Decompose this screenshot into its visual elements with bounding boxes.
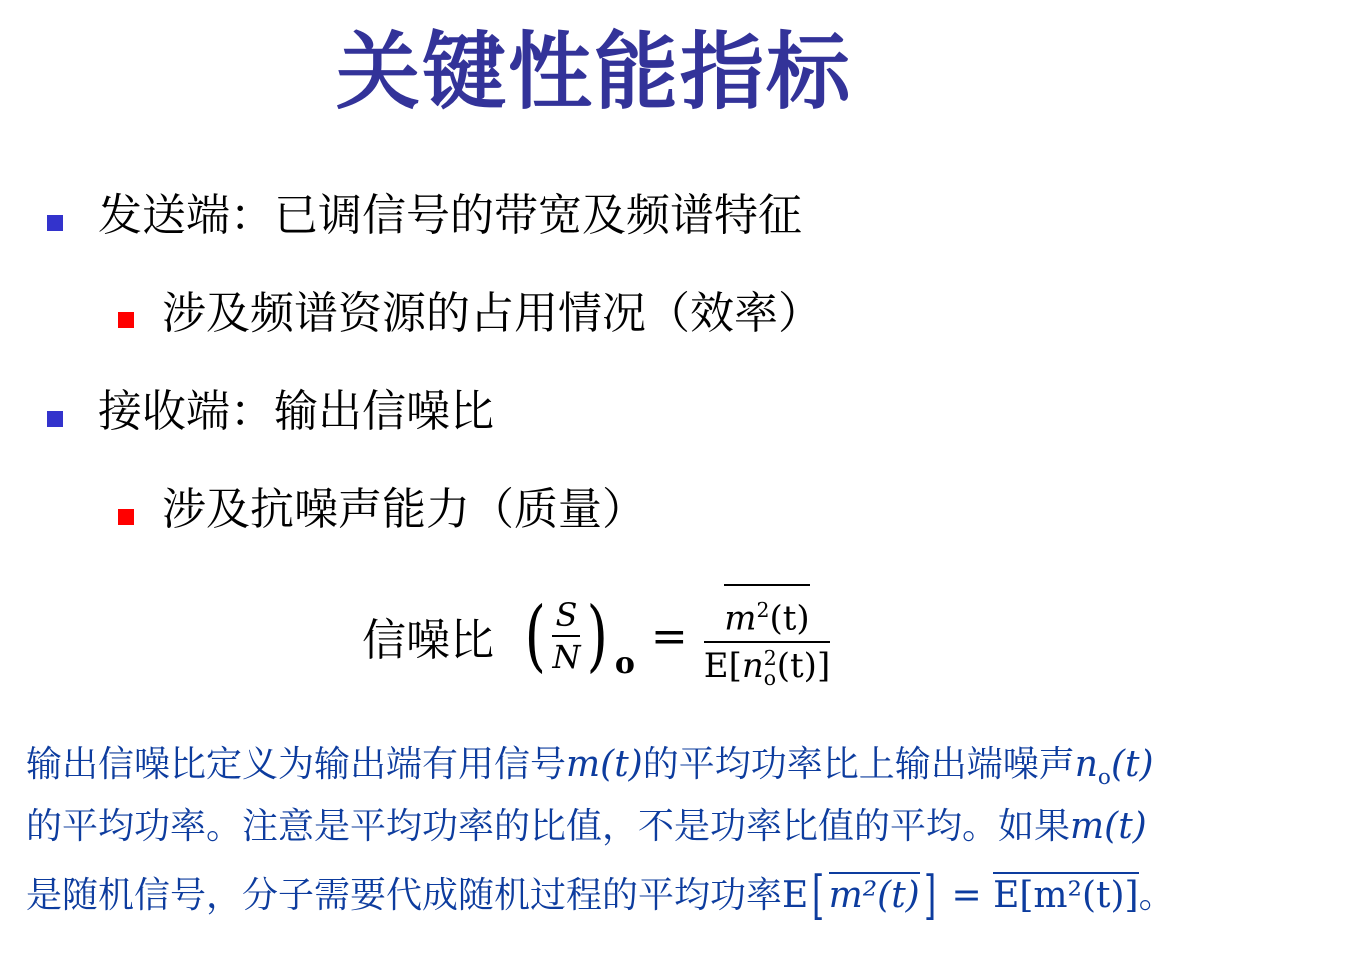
signal-m-t: m(t) <box>1070 806 1147 847</box>
noise-power-denominator: E[n2o(t)] <box>704 644 830 688</box>
note-line-2: 的平均功率。注意是平均功率的比值，不是功率比值的平均。如果m(t) <box>26 798 1326 849</box>
formula-label: 信噪比 <box>362 604 494 668</box>
bullet-level1-transmitter: 发送端：已调信号的带宽及频谱特征 <box>98 188 802 244</box>
bullet-marker-square-blue <box>47 215 63 231</box>
right-paren: ) <box>587 597 608 675</box>
signal-symbol: S <box>555 597 577 633</box>
snr-formula: 信噪比 ( S N ) o = m2(t) E[n2o(t)] <box>362 584 830 688</box>
bullet-level2-noise-resistance: 涉及抗噪声能力（质量） <box>162 482 646 538</box>
bullet-level2-spectrum-efficiency: 涉及频谱资源的占用情况（效率） <box>162 286 822 342</box>
expectation-E: E <box>782 875 808 916</box>
time-average-m2: m²(t) <box>829 872 920 916</box>
bullet-marker-square-blue <box>47 411 63 427</box>
signal-power-numerator: m2(t) <box>724 584 809 640</box>
noise-n-o-t: no(t) <box>1075 744 1154 785</box>
left-paren: ( <box>525 597 546 675</box>
note-line-3: 是随机信号，分子需要代成随机过程的平均功率E[m²(t)] = E[m²(t)]… <box>26 866 1326 926</box>
output-subscript: o <box>615 646 635 681</box>
note-line-1: 输出信噪比定义为输出端有用信号m(t)的平均功率比上输出端噪声no(t) <box>26 736 1326 790</box>
signal-m-t: m(t) <box>566 744 643 785</box>
average-of-expectation: E[m²(t)] <box>993 872 1139 916</box>
lhs-ratio: ( S N ) o <box>520 597 635 675</box>
noise-symbol: N <box>552 639 580 675</box>
fraction-bar <box>704 641 830 643</box>
equals-sign: = <box>651 611 688 662</box>
slide-title: 关键性能指标 <box>336 22 852 122</box>
s-over-n-fraction: S N <box>552 597 580 675</box>
bullet-marker-square-red <box>118 312 134 328</box>
time-average-overline: m2(t) <box>724 584 809 640</box>
bullet-marker-square-red <box>118 509 134 525</box>
fraction-bar <box>552 635 580 637</box>
power-ratio-fraction: m2(t) E[n2o(t)] <box>704 584 830 689</box>
bullet-level1-receiver: 接收端：输出信噪比 <box>98 384 494 440</box>
